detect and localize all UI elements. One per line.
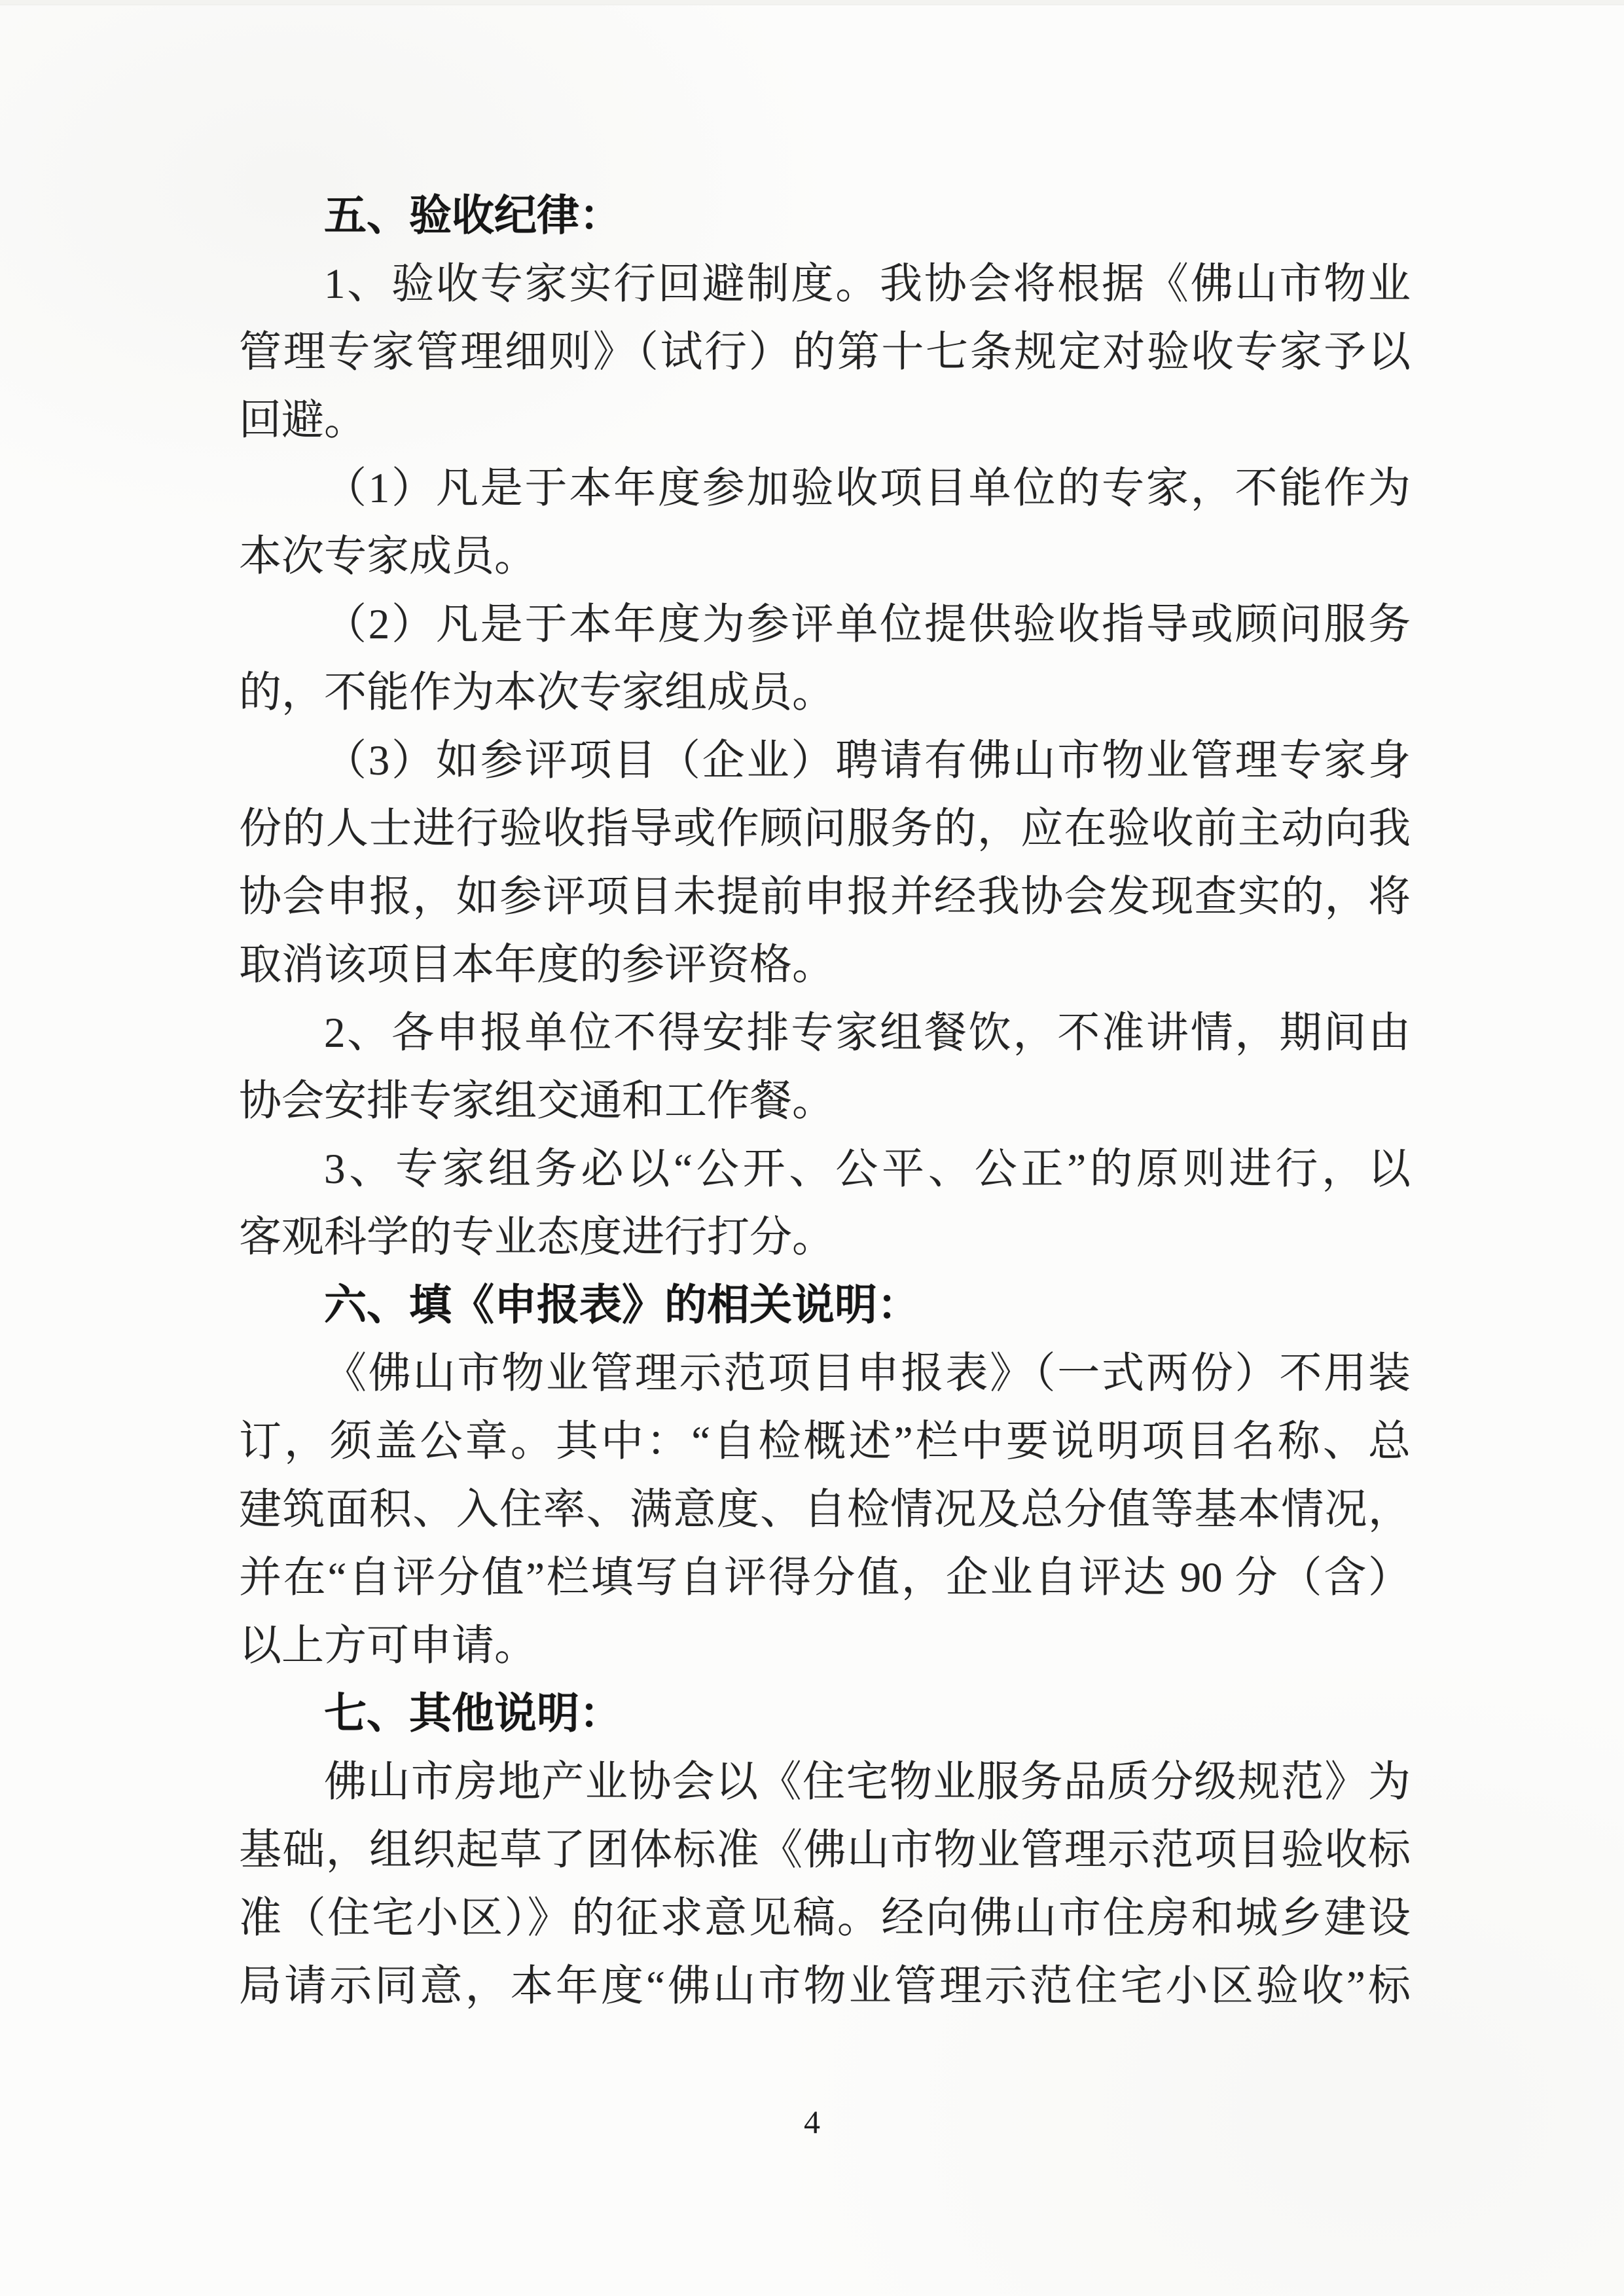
body-line-item-3b: 3、专家组务必以“公开、公平、公正”的原则进行，以 <box>239 1135 1411 1203</box>
body-line: 协会安排专家组交通和工作餐。 <box>239 1067 1411 1135</box>
section-7-heading: 七、其他说明： <box>239 1680 1411 1748</box>
body-line: 管理专家管理细则》（试行）的第十七条规定对验收专家予以 <box>239 318 1411 386</box>
body-line-item-2: （2）凡是于本年度为参评单位提供验收指导或顾问服务 <box>239 591 1411 659</box>
body-line: 基础，组织起草了团体标准《佛山市物业管理示范项目验收标 <box>239 1816 1411 1884</box>
text-block: 五、验收纪律： 1、验收专家实行回避制度。我协会将根据《佛山市物业 管理专家管理… <box>239 182 1411 2020</box>
body-line-item-3: （3）如参评项目（企业）聘请有佛山市物业管理专家身 <box>239 727 1411 795</box>
body-line: 本次专家成员。 <box>239 522 1411 591</box>
body-line: 建筑面积、入住率、满意度、自检情况及总分值等基本情况， <box>239 1476 1411 1544</box>
body-line: 以上方可申请。 <box>239 1612 1411 1680</box>
body-line: 《佛山市物业管理示范项目申报表》（一式两份）不用装 <box>239 1339 1411 1408</box>
body-line: 局请示同意，本年度“佛山市物业管理示范住宅小区验收”标 <box>239 1952 1411 2020</box>
scan-edge-artifact <box>0 0 1624 5</box>
body-line-item-1: （1）凡是于本年度参加验收项目单位的专家，不能作为 <box>239 454 1411 522</box>
body-line-item-2b: 2、各申报单位不得安排专家组餐饮，不准讲情，期间由 <box>239 999 1411 1067</box>
body-line: 份的人士进行验收指导或作顾问服务的，应在验收前主动向我 <box>239 795 1411 863</box>
document-page: 五、验收纪律： 1、验收专家实行回避制度。我协会将根据《佛山市物业 管理专家管理… <box>0 0 1624 2296</box>
body-line: 回避。 <box>239 386 1411 454</box>
section-6-heading: 六、填《申报表》的相关说明： <box>239 1271 1411 1339</box>
body-line: 取消该项目本年度的参评资格。 <box>239 931 1411 999</box>
section-5-heading: 五、验收纪律： <box>239 182 1411 250</box>
page-number: 4 <box>0 2103 1624 2141</box>
body-line: 1、验收专家实行回避制度。我协会将根据《佛山市物业 <box>239 250 1411 318</box>
body-line: 协会申报，如参评项目未提前申报并经我协会发现查实的，将 <box>239 863 1411 931</box>
body-line: 订，须盖公章。其中：“自检概述”栏中要说明项目名称、总 <box>239 1408 1411 1476</box>
body-line: 佛山市房地产业协会以《住宅物业服务品质分级规范》为 <box>239 1748 1411 1816</box>
body-line: 客观科学的专业态度进行打分。 <box>239 1203 1411 1271</box>
body-line: 并在“自评分值”栏填写自评得分值，企业自评达 90 分（含） <box>239 1544 1411 1612</box>
body-line: 准（住宅小区）》的征求意见稿。经向佛山市住房和城乡建设 <box>239 1884 1411 1952</box>
body-line: 的，不能作为本次专家组成员。 <box>239 659 1411 727</box>
